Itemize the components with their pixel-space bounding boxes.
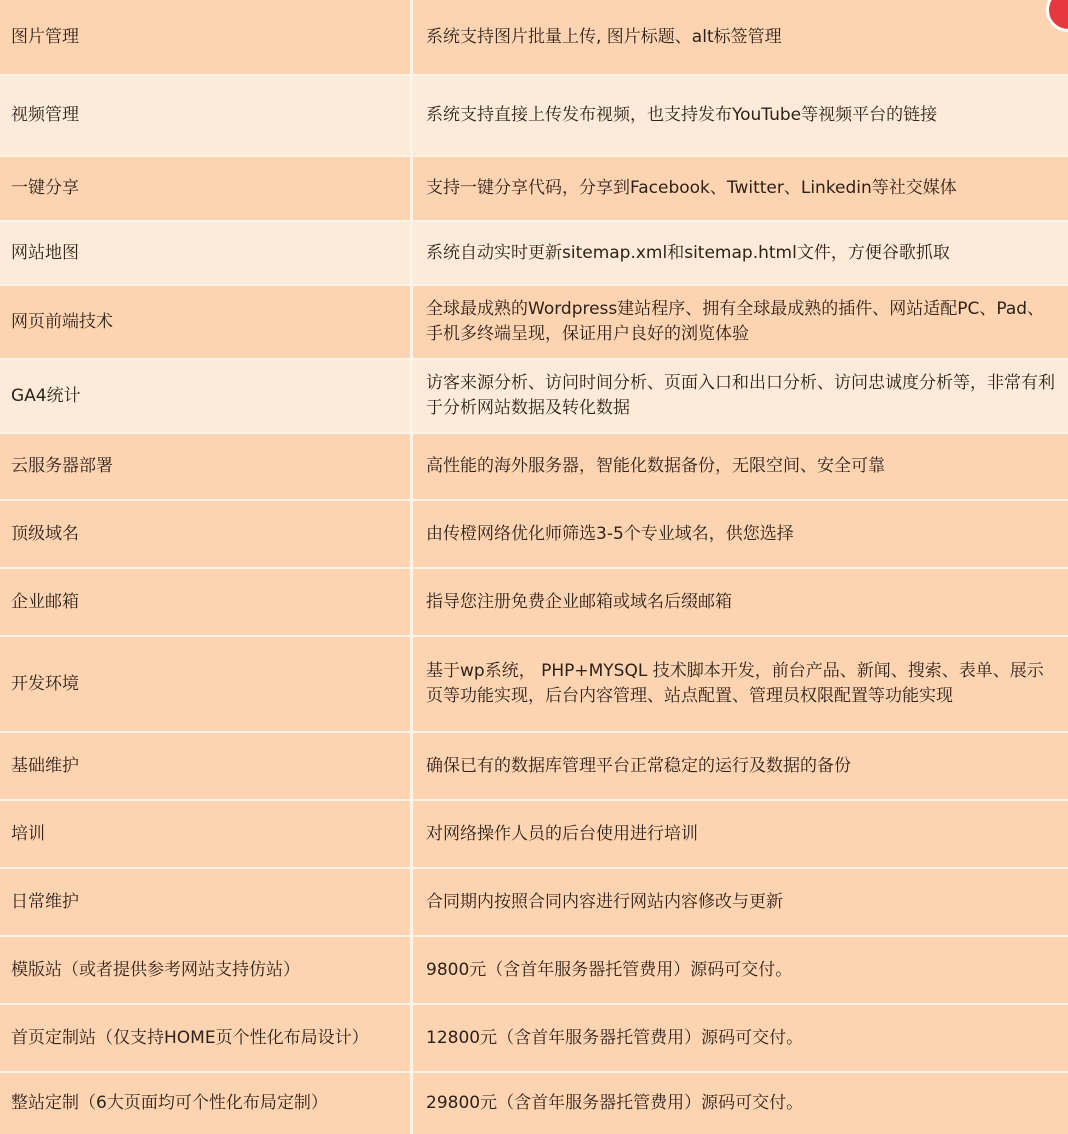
feature-name: 顶级域名 — [0, 501, 410, 567]
feature-description: 确保已有的数据库管理平台正常稳定的运行及数据的备份 — [413, 733, 1068, 799]
feature-description: 访客来源分析、访问时间分析、页面入口和出口分析、访问忠诚度分析等，非常有利于分析… — [413, 360, 1068, 432]
table-row: 开发环境 基于wp系统， PHP+MYSQL 技术脚本开发，前台产品、新闻、搜索… — [0, 637, 1068, 731]
feature-description: 高性能的海外服务器，智能化数据备份，无限空间、安全可靠 — [413, 434, 1068, 499]
feature-name: 网站地图 — [0, 222, 410, 284]
package-price: 9800元（含首年服务器托管费用）源码可交付。 — [413, 937, 1068, 1003]
table-row: 整站定制（6大页面均可个性化布局定制） 29800元（含首年服务器托管费用）源码… — [0, 1073, 1068, 1134]
feature-name: 企业邮箱 — [0, 569, 410, 635]
package-name: 首页定制站（仅支持HOME页个性化布局设计） — [0, 1005, 410, 1071]
feature-description: 系统自动实时更新sitemap.xml和sitemap.html文件，方便谷歌抓… — [413, 222, 1068, 284]
feature-name: 培训 — [0, 801, 410, 867]
feature-description: 基于wp系统， PHP+MYSQL 技术脚本开发，前台产品、新闻、搜索、表单、展… — [413, 637, 1068, 731]
table-row: 日常维护 合同期内按照合同内容进行网站内容修改与更新 — [0, 869, 1068, 935]
table-row: 首页定制站（仅支持HOME页个性化布局设计） 12800元（含首年服务器托管费用… — [0, 1005, 1068, 1071]
feature-name: 云服务器部署 — [0, 434, 410, 499]
table-row: 网站地图 系统自动实时更新sitemap.xml和sitemap.html文件，… — [0, 222, 1068, 284]
feature-description: 全球最成熟的Wordpress建站程序、拥有全球最成熟的插件、网站适配PC、Pa… — [413, 286, 1068, 358]
feature-name: 一键分享 — [0, 157, 410, 220]
feature-description: 系统支持直接上传发布视频，也支持发布YouTube等视频平台的链接 — [413, 76, 1068, 155]
feature-name: 日常维护 — [0, 869, 410, 935]
feature-description: 由传橙网络优化师筛选3-5个专业域名，供您选择 — [413, 501, 1068, 567]
table-row: 视频管理 系统支持直接上传发布视频，也支持发布YouTube等视频平台的链接 — [0, 76, 1068, 155]
table-row: 网页前端技术 全球最成熟的Wordpress建站程序、拥有全球最成熟的插件、网站… — [0, 286, 1068, 358]
package-name: 模版站（或者提供参考网站支持仿站） — [0, 937, 410, 1003]
package-price: 12800元（含首年服务器托管费用）源码可交付。 — [413, 1005, 1068, 1071]
feature-description: 指导您注册免费企业邮箱或域名后缀邮箱 — [413, 569, 1068, 635]
feature-description: 合同期内按照合同内容进行网站内容修改与更新 — [413, 869, 1068, 935]
feature-description: 系统支持图片批量上传, 图片标题、alt标签管理 — [413, 0, 1068, 74]
feature-name: 基础维护 — [0, 733, 410, 799]
table-row: 企业邮箱 指导您注册免费企业邮箱或域名后缀邮箱 — [0, 569, 1068, 635]
table-row: 基础维护 确保已有的数据库管理平台正常稳定的运行及数据的备份 — [0, 733, 1068, 799]
table-row: 培训 对网络操作人员的后台使用进行培训 — [0, 801, 1068, 867]
table-row: 图片管理 系统支持图片批量上传, 图片标题、alt标签管理 — [0, 0, 1068, 74]
table-row: 一键分享 支持一键分享代码，分享到Facebook、Twitter、Linked… — [0, 157, 1068, 220]
feature-description: 对网络操作人员的后台使用进行培训 — [413, 801, 1068, 867]
feature-name: 开发环境 — [0, 637, 410, 731]
feature-name: 网页前端技术 — [0, 286, 410, 358]
table-row: 云服务器部署 高性能的海外服务器，智能化数据备份，无限空间、安全可靠 — [0, 434, 1068, 499]
feature-table: 图片管理 系统支持图片批量上传, 图片标题、alt标签管理 视频管理 系统支持直… — [0, 0, 1068, 1134]
feature-name: 视频管理 — [0, 76, 410, 155]
table-row: 模版站（或者提供参考网站支持仿站） 9800元（含首年服务器托管费用）源码可交付… — [0, 937, 1068, 1003]
package-price: 29800元（含首年服务器托管费用）源码可交付。 — [413, 1073, 1068, 1134]
feature-name: 图片管理 — [0, 0, 410, 74]
package-name: 整站定制（6大页面均可个性化布局定制） — [0, 1073, 410, 1134]
table-row: 顶级域名 由传橙网络优化师筛选3-5个专业域名，供您选择 — [0, 501, 1068, 567]
table-row: GA4统计 访客来源分析、访问时间分析、页面入口和出口分析、访问忠诚度分析等，非… — [0, 360, 1068, 432]
feature-name: GA4统计 — [0, 360, 410, 432]
feature-description: 支持一键分享代码，分享到Facebook、Twitter、Linkedin等社交… — [413, 157, 1068, 220]
